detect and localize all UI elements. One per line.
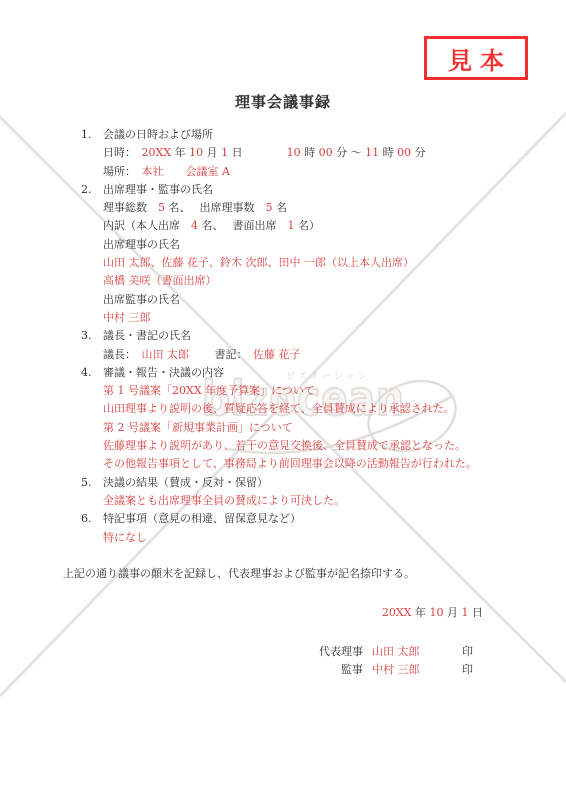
document-title: 理事会議事録	[0, 91, 566, 112]
document-line: 1.会議の日時および場所	[63, 126, 536, 144]
text-run: 00	[319, 146, 333, 159]
text-run: 分 ～	[333, 146, 366, 159]
text-run: 山田 太郎	[142, 348, 190, 361]
signature-role-label: 代表理事	[317, 643, 363, 661]
text-run: 1	[462, 606, 469, 619]
sample-stamp-label: 見本	[440, 41, 512, 76]
text-run: 内訳（本人出席	[103, 219, 191, 232]
document-line: 第 2 号議案「新規事業計画」について	[63, 419, 536, 437]
text-run: 10	[287, 146, 301, 159]
text-run: 年	[412, 606, 430, 619]
text-run: 月	[444, 606, 462, 619]
text-run: その他報告事項として、事務局より前回理事会以降の活動報告が行われた。	[103, 457, 477, 470]
text-run: 佐藤 花子	[253, 348, 301, 361]
document-line: 場所： 本社 会議室 A	[63, 163, 536, 181]
text-run: 日	[469, 606, 484, 619]
text-run: 10	[430, 606, 444, 619]
item-number: 3.	[81, 327, 103, 345]
text-run: 出席理事の氏名	[103, 238, 180, 251]
signature-name: 中村 三郎	[372, 661, 424, 679]
text-run: 決議の結果（賛成・反対・保留）	[103, 476, 268, 489]
text-run: 名）	[295, 219, 321, 232]
text-run: 5	[266, 201, 273, 214]
text-run: 本社 会議室 A	[142, 165, 230, 178]
text-run: 5	[158, 201, 165, 214]
text-run: 名、 書面出席	[198, 219, 288, 232]
text-run: 11	[365, 146, 379, 159]
text-run: 佐藤理事より説明があり、若干の意見交換後、全員賛成で承認となった。	[103, 439, 466, 452]
text-run: 4	[191, 219, 198, 232]
document-line: 出席理事の氏名	[63, 236, 536, 254]
text-run: 10	[189, 146, 203, 159]
text-run: 理事総数	[103, 201, 158, 214]
text-run: 高橋 美咲（書面出席）	[103, 274, 217, 287]
text-run: 日	[228, 146, 243, 159]
text-run: 20XX	[382, 606, 412, 619]
seal-mark: 印	[462, 643, 473, 661]
document-line: 5.決議の結果（賛成・反対・保留）	[63, 474, 536, 492]
text-run: 審議・報告・決議の内容	[103, 366, 224, 379]
item-number: 1.	[81, 126, 103, 144]
text-run: 第 1 号議案「20XX 年度予算案」について	[103, 384, 315, 397]
text-run: 議長・書記の氏名	[103, 329, 191, 342]
document-line: 佐藤理事より説明があり、若干の意見交換後、全員賛成で承認となった。	[63, 437, 536, 455]
text-run: 特記事項（意見の相違、留保意見など）	[103, 512, 301, 525]
signature-role-label: 監事	[317, 661, 363, 679]
document-line: 第 1 号議案「20XX 年度予算案」について	[63, 382, 536, 400]
text-run: 会議の日時および場所	[103, 128, 213, 141]
document-line: 4.審議・報告・決議の内容	[63, 364, 536, 382]
text-run: 出席理事・監事の氏名	[103, 183, 213, 196]
document-line: 内訳（本人出席 4 名、 書面出席 1 名）	[63, 217, 536, 235]
text-run: 上記の通り議事の顛末を記録し、代表理事および監事が記名捺印する。	[63, 567, 415, 580]
document-line: 全議案とも出席理事全員の賛成により可決した。	[63, 492, 536, 510]
text-run: 中村 三郎	[103, 311, 151, 324]
document-line: 中村 三郎	[63, 309, 536, 327]
item-number: 2.	[81, 181, 103, 199]
text-run: 山田理事より説明の後、質疑応答を経て、全員賛成により承認された。	[103, 402, 455, 415]
document-line: 特になし	[63, 529, 536, 547]
sample-stamp: 見本	[424, 36, 528, 80]
text-run: 時	[301, 146, 319, 159]
document-page: ビズオーシャン bizocean 見本 理事会議事録 1.会議の日時および場所日…	[0, 0, 566, 800]
document-line: 議長： 山田 太郎 書記： 佐藤 花子	[63, 346, 536, 364]
text-run: 月	[203, 146, 221, 159]
signature-row: 監事中村 三郎印	[63, 661, 536, 679]
document-line: 日時： 20XX 年 10 月 1 日 10 時 00 分 ～ 11 時 00 …	[63, 144, 536, 162]
text-run: 日時：	[103, 146, 142, 159]
text-run: 00	[397, 146, 411, 159]
document-line: 出席監事の氏名	[63, 291, 536, 309]
document-line: 2.出席理事・監事の氏名	[63, 181, 536, 199]
item-number: 5.	[81, 474, 103, 492]
seal-mark: 印	[462, 661, 473, 679]
item-number: 4.	[81, 364, 103, 382]
text-run: 山田 太郎、佐藤 花子、鈴木 次郎、田中 一郎（以上本人出席）	[103, 256, 414, 269]
text-run: 分	[411, 146, 426, 159]
signature-row: 代表理事山田 太郎印	[63, 643, 536, 661]
text-run: 第 2 号議案「新規事業計画」について	[103, 421, 293, 434]
signature-block: 代表理事山田 太郎印監事中村 三郎印	[63, 643, 536, 680]
item-number: 6.	[81, 510, 103, 528]
text-run: 年	[171, 146, 189, 159]
text-run: 場所：	[103, 165, 142, 178]
text-run: 名	[273, 201, 288, 214]
document-line: 高橋 美咲（書面出席）	[63, 272, 536, 290]
document-line: 山田理事より説明の後、質疑応答を経て、全員賛成により承認された。	[63, 400, 536, 418]
document-line: 山田 太郎、佐藤 花子、鈴木 次郎、田中 一郎（以上本人出席）	[63, 254, 536, 272]
document-line: 3.議長・書記の氏名	[63, 327, 536, 345]
text-run	[243, 146, 287, 159]
signature-name: 山田 太郎	[372, 643, 424, 661]
text-run: 時	[379, 146, 397, 159]
text-run: 出席監事の氏名	[103, 293, 180, 306]
text-run: 書記：	[189, 348, 253, 361]
document-line: 理事総数 5 名、 出席理事数 5 名	[63, 199, 536, 217]
document-line: 6.特記事項（意見の相違、留保意見など）	[63, 510, 536, 528]
text-run: 全議案とも出席理事全員の賛成により可決した。	[103, 494, 345, 507]
document-body: 1.会議の日時および場所日時： 20XX 年 10 月 1 日 10 時 00 …	[63, 126, 536, 679]
text-run: 議長：	[103, 348, 142, 361]
text-run: 特になし	[103, 531, 147, 544]
document-line: 20XX 年 10 月 1 日	[63, 604, 536, 622]
text-run: 20XX	[142, 146, 172, 159]
document-line: 上記の通り議事の顛末を記録し、代表理事および監事が記名捺印する。	[63, 565, 536, 583]
document-line: その他報告事項として、事務局より前回理事会以降の活動報告が行われた。	[63, 455, 536, 473]
text-run: 名、 出席理事数	[165, 201, 266, 214]
text-run: 1	[288, 219, 295, 232]
